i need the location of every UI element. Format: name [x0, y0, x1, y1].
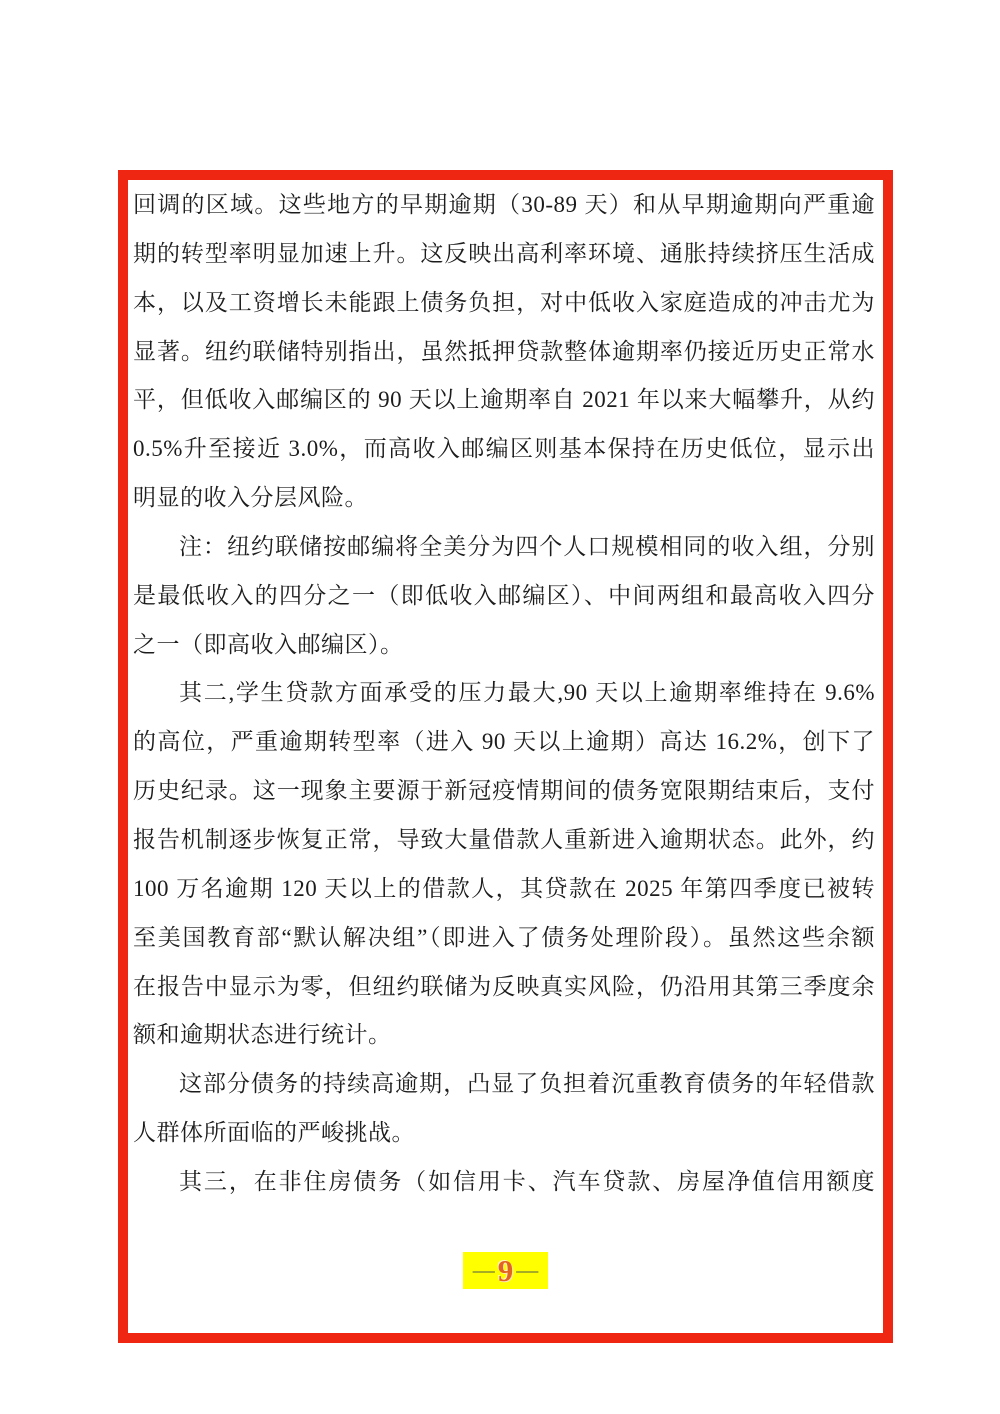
text-line: 期的转型率明显加速上升。这反映出高利率环境、通胀持续挤压生活成	[133, 230, 875, 279]
text-line: 其三，在非住房债务（如信用卡、汽车贷款、房屋净值信用额度	[133, 1158, 875, 1207]
text-line: 之一（即高收入邮编区）。	[133, 621, 875, 670]
page-number: 9	[498, 1255, 514, 1286]
text-line: 在报告中显示为零，但纽约联储为反映真实风险，仍沿用其第三季度余	[133, 963, 875, 1012]
text-line: 其二,学生贷款方面承受的压力最大,90 天以上逾期率维持在 9.6%	[133, 669, 875, 718]
text-line: 回调的区域。这些地方的早期逾期（30-89 天）和从早期逾期向严重逾	[133, 181, 875, 230]
text-line: 的高位，严重逾期转型率（进入 90 天以上逾期）高达 16.2%，创下了	[133, 718, 875, 767]
text-line: 显著。纽约联储特别指出，虽然抵押贷款整体逾期率仍接近历史正常水	[133, 328, 875, 377]
text-line: 至美国教育部“默认解决组”（即进入了债务处理阶段）。虽然这些余额	[133, 914, 875, 963]
text-line: 明显的收入分层风险。	[133, 474, 875, 523]
text-line: 历史纪录。这一现象主要源于新冠疫情期间的债务宽限期结束后，支付	[133, 767, 875, 816]
text-line: 本，以及工资增长未能跟上债务负担，对中低收入家庭造成的冲击尤为	[133, 279, 875, 328]
text-line: 额和逾期状态进行统计。	[133, 1011, 875, 1060]
text-line: 是最低收入的四分之一（即低收入邮编区）、中间两组和最高收入四分	[133, 572, 875, 621]
document-page: 回调的区域。这些地方的早期逾期（30-89 天）和从早期逾期向严重逾期的转型率明…	[0, 0, 1000, 1414]
text-line: 100 万名逾期 120 天以上的借款人，其贷款在 2025 年第四季度已被转	[133, 865, 875, 914]
document-body: 回调的区域。这些地方的早期逾期（30-89 天）和从早期逾期向严重逾期的转型率明…	[133, 181, 875, 1207]
page-footer: — 9 —	[463, 1252, 548, 1289]
text-line: 平，但低收入邮编区的 90 天以上逾期率自 2021 年以来大幅攀升，从约	[133, 376, 875, 425]
text-line: 注：纽约联储按邮编将全美分为四个人口规模相同的收入组，分别	[133, 523, 875, 572]
footer-dash-right: —	[516, 1264, 538, 1277]
text-line: 报告机制逐步恢复正常，导致大量借款人重新进入逾期状态。此外，约	[133, 816, 875, 865]
footer-dash-left: —	[473, 1264, 495, 1277]
text-line: 0.5%升至接近 3.0%，而高收入邮编区则基本保持在历史低位，显示出	[133, 425, 875, 474]
text-line: 这部分债务的持续高逾期，凸显了负担着沉重教育债务的年轻借款	[133, 1060, 875, 1109]
text-line: 人群体所面临的严峻挑战。	[133, 1109, 875, 1158]
